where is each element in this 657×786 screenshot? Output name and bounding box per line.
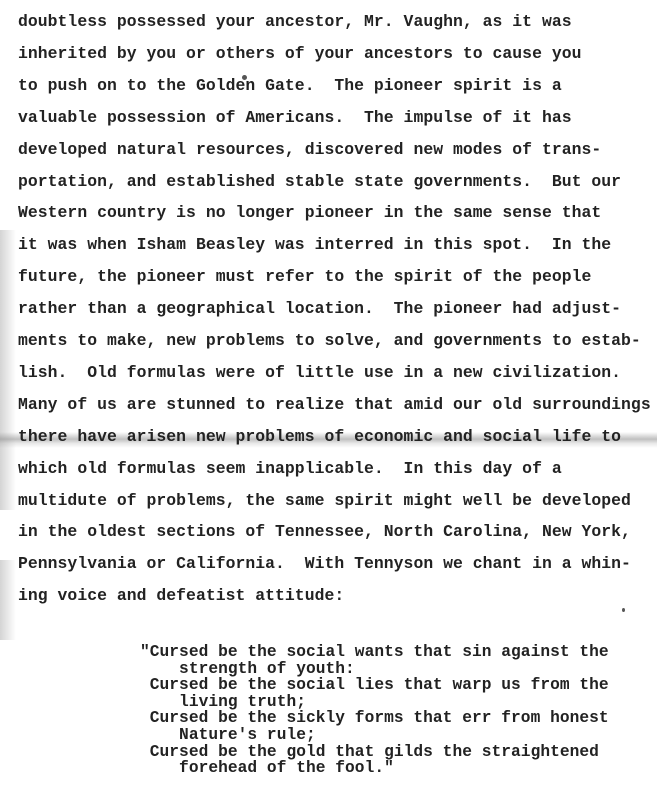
quote-line: Cursed be the sickly forms that err from…: [140, 710, 609, 726]
ink-speck: [622, 608, 625, 612]
quote-line: Cursed be the gold that gilds the straig…: [140, 744, 599, 760]
text-line: inherited by you or others of your ances…: [18, 44, 582, 64]
quote-line: Nature's rule;: [140, 727, 316, 743]
typewritten-page: doubtless possessed your ancestor, Mr. V…: [0, 0, 657, 786]
text-line: which old formulas seem inapplicable. In…: [18, 459, 562, 479]
quote-line: "Cursed be the social wants that sin aga…: [140, 644, 609, 660]
scan-edge-shadow-lower: [0, 560, 16, 640]
text-line: in the oldest sections of Tennessee, Nor…: [18, 522, 631, 542]
text-line: portation, and established stable state …: [18, 172, 621, 192]
quote-line: Cursed be the social lies that warp us f…: [140, 677, 609, 693]
text-line: developed natural resources, discovered …: [18, 140, 601, 160]
scan-edge-shadow: [0, 230, 16, 510]
quote-line: forehead of the fool.": [140, 760, 394, 776]
text-line: ments to make, new problems to solve, an…: [18, 331, 641, 351]
text-line: there have arisen new problems of econom…: [18, 427, 621, 447]
text-line: future, the pioneer must refer to the sp…: [18, 267, 591, 287]
text-line: doubtless possessed your ancestor, Mr. V…: [18, 12, 572, 32]
text-line: ing voice and defeatist attitude:: [18, 586, 344, 606]
text-line: Many of us are stunned to realize that a…: [18, 395, 651, 415]
quote-line: strength of youth:: [140, 661, 355, 677]
text-line: to push on to the Golden Gate. The pione…: [18, 76, 562, 96]
text-line: Pennsylvania or California. With Tennyso…: [18, 554, 631, 574]
text-line: valuable possession of Americans. The im…: [18, 108, 572, 128]
text-line: multidute of problems, the same spirit m…: [18, 491, 631, 511]
text-line: lish. Old formulas were of little use in…: [18, 363, 621, 383]
text-line: rather than a geographical location. The…: [18, 299, 621, 319]
text-line: Western country is no longer pioneer in …: [18, 203, 601, 223]
text-line: it was when Isham Beasley was interred i…: [18, 235, 611, 255]
quote-line: living truth;: [140, 694, 306, 710]
